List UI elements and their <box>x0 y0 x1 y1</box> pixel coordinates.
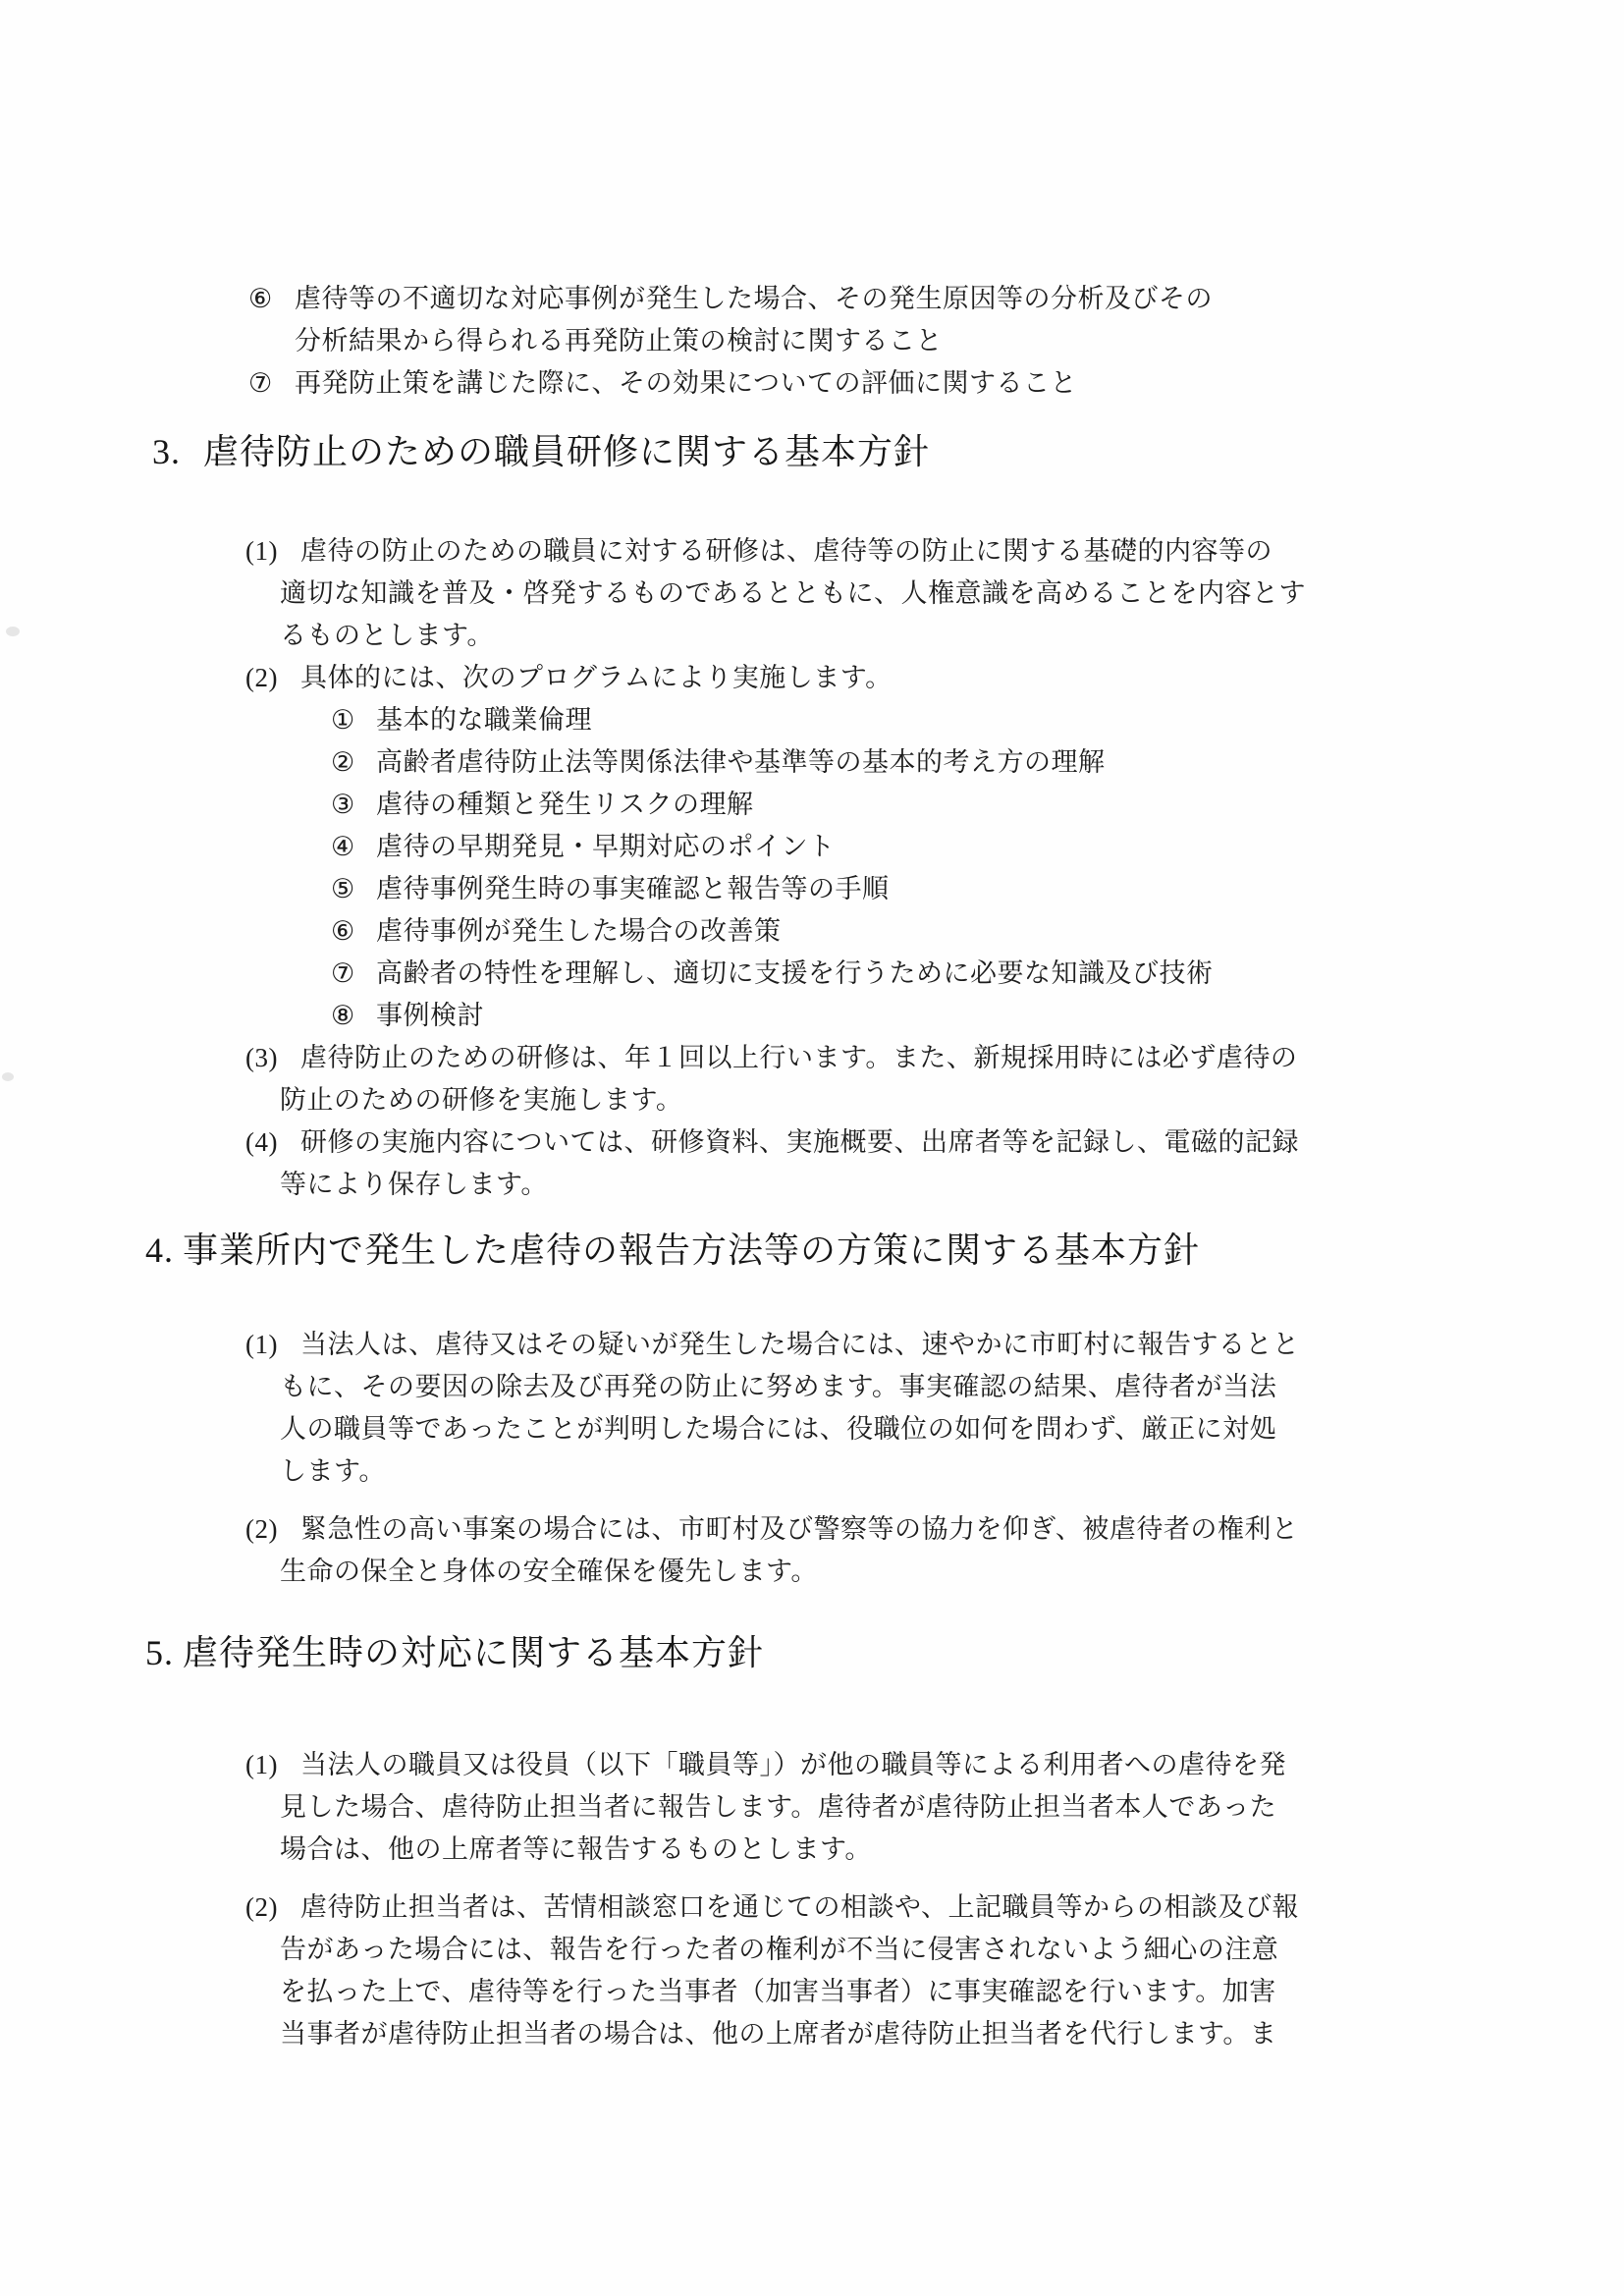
scan-artifact <box>6 627 20 636</box>
paragraph-line: 防止のための研修を実施します。 <box>280 1079 1624 1121</box>
paragraph-line: 場合は、他の上席者等に報告するものとします。 <box>280 1829 1624 1871</box>
line-text: 再発防止策を講じた際に、その効果についての評価に関すること <box>295 368 1077 398</box>
paragraph-line: (3)虐待防止のための研修は、年１回以上行います。また、新規採用時には必ず虐待の <box>245 1037 1624 1079</box>
paragraph-line: (2)具体的には、次のプログラムにより実施します。 <box>245 657 1624 699</box>
paragraph-line: 適切な知識を普及・啓発するものであるとともに、人権意識を高めることを内容とす <box>280 573 1624 615</box>
list-item: ⑦再発防止策を講じた際に、その効果についての評価に関すること <box>248 362 1624 405</box>
line-text: 当事者が虐待防止担当者の場合は、他の上席者が虐待防止担当者を代行します。ま <box>280 2019 1276 2049</box>
item-marker: ⑦ <box>248 362 295 405</box>
line-text: 防止のための研修を実施します。 <box>280 1085 682 1115</box>
program-item: ⑧事例検討 <box>331 995 1624 1037</box>
section-title: 虐待防止のための職員研修に関する基本方針 <box>203 432 930 471</box>
item-marker: ③ <box>331 784 376 826</box>
paragraph-label: (1) <box>245 1324 300 1366</box>
program-item: ⑥虐待事例が発生した場合の改善策 <box>331 910 1624 953</box>
program-item: ⑤虐待事例発生時の事実確認と報告等の手順 <box>331 868 1624 910</box>
section-4-heading: 4.事業所内で発生した虐待の報告方法等の方策に関する基本方針 <box>145 1228 1624 1273</box>
section-number: 3. <box>152 429 203 474</box>
line-text: 研修の実施内容については、研修資料、実施概要、出席者等を記録し、電磁的記録 <box>300 1127 1299 1157</box>
line-text: 生命の保全と身体の安全確保を優先します。 <box>280 1557 818 1586</box>
line-text: 人の職員等であったことが判明した場合には、役職位の如何を問わず、厳正に対処 <box>280 1414 1276 1444</box>
paragraph-line: るものとします。 <box>280 615 1624 657</box>
list-item-continuation: 分析結果から得られる再発防止策の検討に関すること <box>295 320 1624 362</box>
line-text: 適切な知識を普及・啓発するものであるとともに、人権意識を高めることを内容とす <box>280 578 1306 608</box>
paragraph-label: (3) <box>245 1037 300 1079</box>
line-text: 事例検討 <box>376 1001 484 1030</box>
paragraph-line: (1)当法人は、虐待又はその疑いが発生した場合には、速やかに市町村に報告するとと <box>245 1324 1624 1366</box>
line-text: 場合は、他の上席者等に報告するものとします。 <box>280 1834 872 1864</box>
section-title: 事業所内で発生した虐待の報告方法等の方策に関する基本方針 <box>183 1230 1200 1270</box>
line-text: 等により保存します。 <box>280 1170 548 1199</box>
paragraph-line: (1)虐待の防止のための職員に対する研修は、虐待等の防止に関する基礎的内容等の <box>245 530 1624 573</box>
line-text: 虐待事例発生時の事実確認と報告等の手順 <box>376 874 890 903</box>
paragraph-line: 当事者が虐待防止担当者の場合は、他の上席者が虐待防止担当者を代行します。ま <box>280 2013 1624 2055</box>
program-item: ③虐待の種類と発生リスクの理解 <box>331 784 1624 826</box>
line-text: るものとします。 <box>280 621 494 650</box>
item-marker: ⑦ <box>331 953 376 995</box>
paragraph-line: します。 <box>280 1450 1624 1493</box>
paragraph-label: (2) <box>245 1886 300 1929</box>
line-text: 虐待の防止のための職員に対する研修は、虐待等の防止に関する基礎的内容等の <box>300 536 1272 566</box>
section-title: 虐待発生時の対応に関する基本方針 <box>183 1633 764 1672</box>
line-text: 虐待等の不適切な対応事例が発生した場合、その発生原因等の分析及びその <box>295 284 1213 313</box>
program-item: ⑦高齢者の特性を理解し、適切に支援を行うために必要な知識及び技術 <box>331 953 1624 995</box>
line-text: 基本的な職業倫理 <box>376 705 592 735</box>
line-text: 虐待防止担当者は、苦情相談窓口を通じての相談や、上記職員等からの相談及び報 <box>300 1892 1299 1922</box>
line-text: 高齢者虐待防止法等関係法律や基準等の基本的考え方の理解 <box>376 747 1106 777</box>
line-text: 高齢者の特性を理解し、適切に支援を行うために必要な知識及び技術 <box>376 958 1214 988</box>
program-item: ②高齢者虐待防止法等関係法律や基準等の基本的考え方の理解 <box>331 741 1624 784</box>
paragraph-label: (2) <box>245 657 300 699</box>
section-number: 4. <box>145 1228 183 1273</box>
scanned-document-page: ⑥虐待等の不適切な対応事例が発生した場合、その発生原因等の分析及びその 分析結果… <box>0 0 1624 2296</box>
paragraph-label: (2) <box>245 1508 300 1551</box>
paragraph-label: (1) <box>245 530 300 573</box>
line-text: 虐待の早期発見・早期対応のポイント <box>376 832 836 861</box>
paragraph-line: もに、その要因の除去及び再発の防止に努めます。事実確認の結果、虐待者が当法 <box>280 1366 1624 1408</box>
item-marker: ② <box>331 741 376 784</box>
line-text: もに、その要因の除去及び再発の防止に努めます。事実確認の結果、虐待者が当法 <box>280 1372 1276 1401</box>
section-number: 5. <box>145 1630 183 1675</box>
paragraph-line: を払った上で、虐待等を行った当事者（加害当事者）に事実確認を行います。加害 <box>280 1971 1624 2013</box>
paragraph-line: (2)虐待防止担当者は、苦情相談窓口を通じての相談や、上記職員等からの相談及び報 <box>245 1886 1624 1929</box>
paragraph-line: (1)当法人の職員又は役員（以下「職員等」）が他の職員等による利用者への虐待を発 <box>245 1744 1624 1786</box>
line-text: 当法人の職員又は役員（以下「職員等」）が他の職員等による利用者への虐待を発 <box>300 1750 1286 1779</box>
section-5-heading: 5.虐待発生時の対応に関する基本方針 <box>145 1630 1624 1675</box>
line-text: 告があった場合には、報告を行った者の権利が不当に侵害されないよう細心の注意 <box>280 1935 1278 1964</box>
paragraph-label: (4) <box>245 1121 300 1164</box>
list-item: ⑥虐待等の不適切な対応事例が発生した場合、その発生原因等の分析及びその <box>248 278 1624 320</box>
line-text: 緊急性の高い事案の場合には、市町村及び警察等の協力を仰ぎ、被虐待者の権利と <box>300 1514 1298 1544</box>
item-marker: ⑥ <box>248 278 295 320</box>
line-text: 具体的には、次のプログラムにより実施します。 <box>300 663 893 692</box>
intro-list: ⑥虐待等の不適切な対応事例が発生した場合、その発生原因等の分析及びその 分析結果… <box>0 278 1624 405</box>
item-marker: ⑥ <box>331 910 376 953</box>
item-marker: ⑧ <box>331 995 376 1037</box>
line-text: 分析結果から得られる再発防止策の検討に関すること <box>295 326 943 355</box>
line-text: 当法人は、虐待又はその疑いが発生した場合には、速やかに市町村に報告するとと <box>300 1330 1300 1359</box>
paragraph-line: 生命の保全と身体の安全確保を優先します。 <box>280 1551 1624 1593</box>
section-3-body: (1)虐待の防止のための職員に対する研修は、虐待等の防止に関する基礎的内容等の … <box>0 530 1624 1206</box>
item-marker: ① <box>331 699 376 741</box>
program-item: ④虐待の早期発見・早期対応のポイント <box>331 826 1624 868</box>
line-text: 虐待防止のための研修は、年１回以上行います。また、新規採用時には必ず虐待の <box>300 1043 1297 1072</box>
line-text: 虐待の種類と発生リスクの理解 <box>376 790 753 819</box>
paragraph-line: 等により保存します。 <box>280 1164 1624 1206</box>
program-item: ①基本的な職業倫理 <box>331 699 1624 741</box>
line-text: 見した場合、虐待防止担当者に報告します。虐待者が虐待防止担当者本人であった <box>280 1792 1276 1822</box>
paragraph-line: (2)緊急性の高い事案の場合には、市町村及び警察等の協力を仰ぎ、被虐待者の権利と <box>245 1508 1624 1551</box>
section-4-body: (1)当法人は、虐待又はその疑いが発生した場合には、速やかに市町村に報告するとと… <box>0 1324 1624 1593</box>
paragraph-label: (1) <box>245 1744 300 1786</box>
line-text: 虐待事例が発生した場合の改善策 <box>376 916 782 946</box>
item-marker: ④ <box>331 826 376 868</box>
paragraph-line: 人の職員等であったことが判明した場合には、役職位の如何を問わず、厳正に対処 <box>280 1408 1624 1450</box>
item-marker: ⑤ <box>331 868 376 910</box>
line-text: を払った上で、虐待等を行った当事者（加害当事者）に事実確認を行います。加害 <box>280 1977 1276 2006</box>
scan-artifact <box>2 1072 14 1081</box>
line-text: します。 <box>280 1456 386 1486</box>
section-3-heading: 3.虐待防止のための職員研修に関する基本方針 <box>152 429 1624 474</box>
section-5-body: (1)当法人の職員又は役員（以下「職員等」）が他の職員等による利用者への虐待を発… <box>0 1744 1624 2055</box>
paragraph-line: 見した場合、虐待防止担当者に報告します。虐待者が虐待防止担当者本人であった <box>280 1786 1624 1829</box>
paragraph-line: (4)研修の実施内容については、研修資料、実施概要、出席者等を記録し、電磁的記録 <box>245 1121 1624 1164</box>
paragraph-line: 告があった場合には、報告を行った者の権利が不当に侵害されないよう細心の注意 <box>280 1929 1624 1971</box>
